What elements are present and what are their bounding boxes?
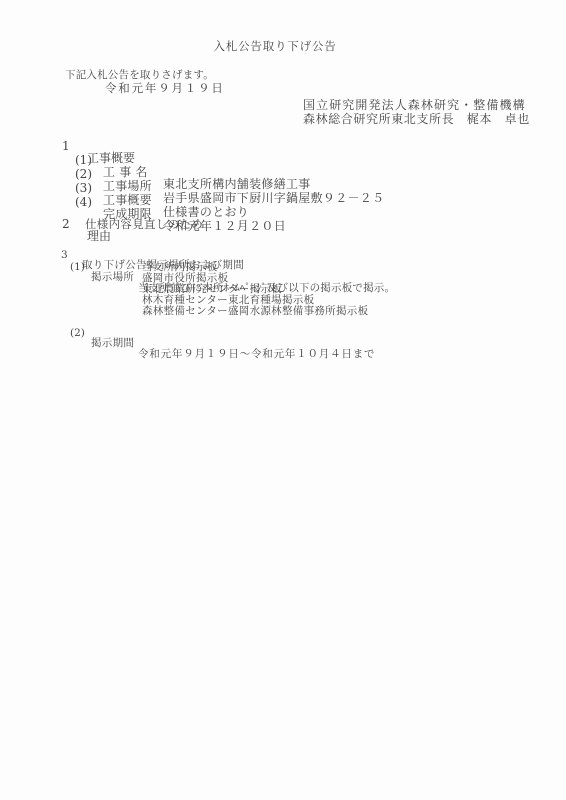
item-value: 令和元年９月１９日～令和元年１０月４日まで	[138, 349, 375, 360]
bulletin-board-item: 森林整備センター盛岡水源林整備事務所掲示板	[142, 306, 368, 317]
bulletin-board-item: 盛岡市役所掲示板	[142, 273, 228, 284]
withdrawal-reason: 仕様内容見直しのため	[85, 219, 203, 231]
issue-date: 令和元年９月１９日	[105, 83, 225, 95]
item-number: (1)	[70, 262, 85, 273]
bulletin-board-item: 東北農業研究センター掲示板	[142, 284, 282, 295]
item-label: 掲示期間	[91, 338, 134, 349]
item-number: (2)	[70, 328, 85, 339]
issuer-organization: 国立研究開発法人森林研究・整備機構	[303, 99, 526, 111]
bulletin-board-item: 当支所内掲示板	[142, 262, 218, 273]
issuer-signer-name: 森林総合研究所東北支所長 梶本 卓也	[303, 113, 530, 125]
bulletin-board-item: 林木育種センター東北育種場掲示板	[142, 295, 314, 306]
section-2-number: 2	[62, 218, 70, 230]
item-label: 掲示場所	[91, 272, 134, 283]
posting-period-row: (2) 掲示期間 令和元年９月１９日～令和元年１０月４日まで	[0, 317, 566, 370]
document-title: 入札公告取り下げ公告	[0, 41, 550, 53]
intro-line: 下記入札公告を取りさげます。	[65, 70, 214, 81]
scanned-document-page: 入札公告取り下げ公告 下記入札公告を取りさげます。 令和元年９月１９日 国立研究…	[0, 0, 566, 800]
